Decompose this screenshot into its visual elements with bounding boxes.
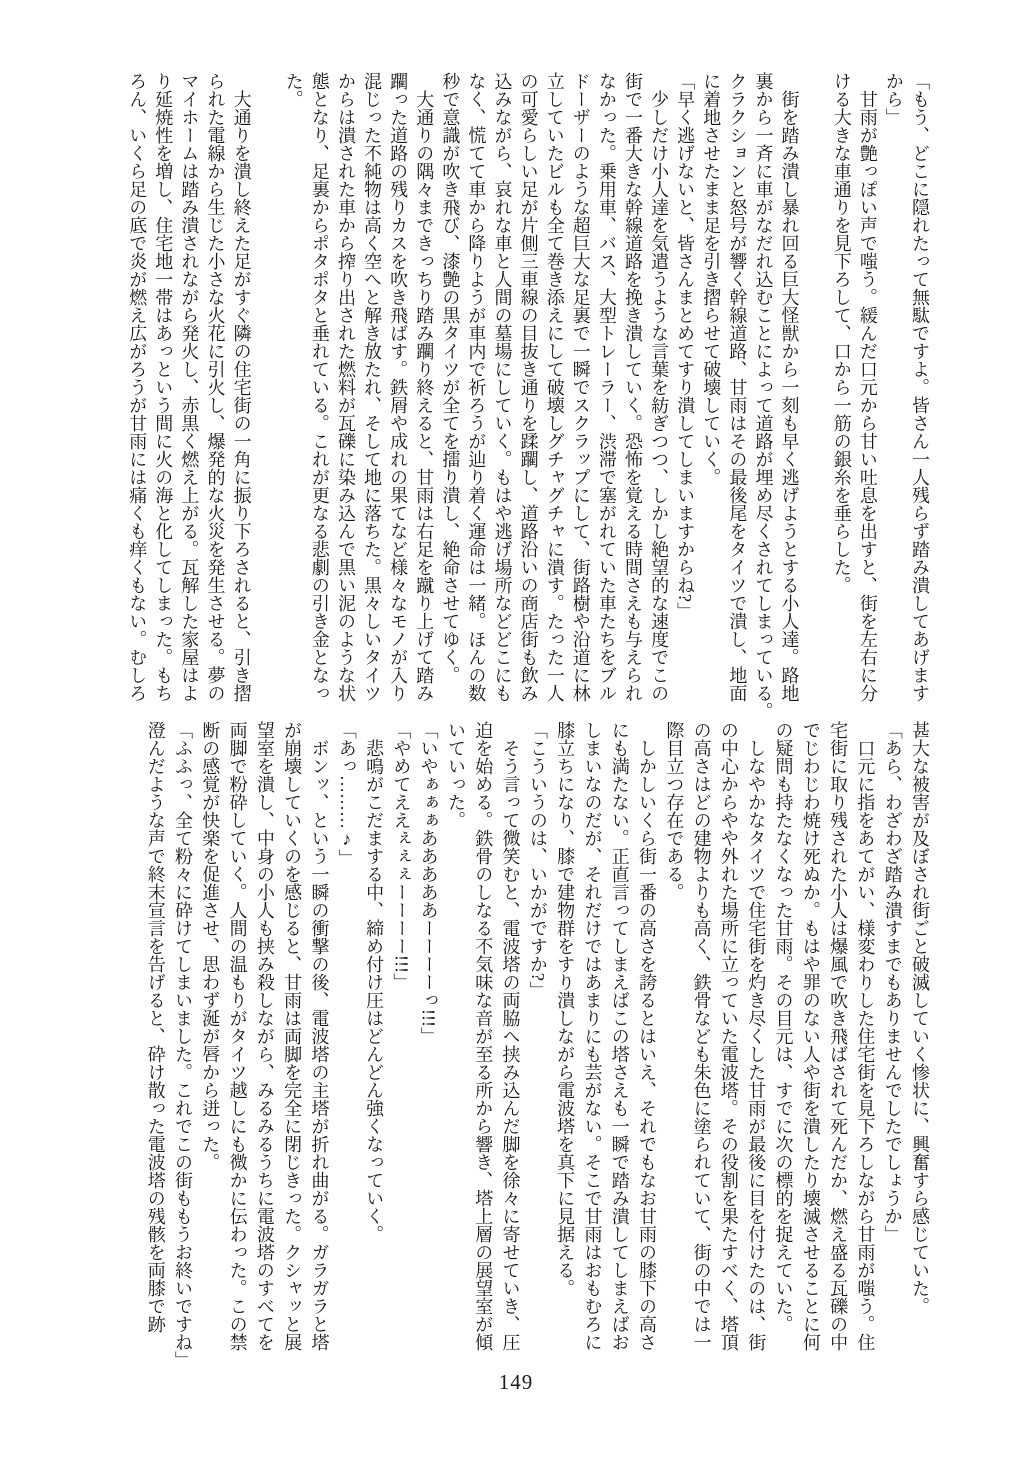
text-line: 「あっ………♪」: [332, 721, 359, 1361]
text-line: なかった。乗用車、バス、大型トレーラー、渋滞で塞がれていた車たちをブル: [594, 72, 620, 712]
text-line: 街を踏み潰し暴れ回る巨大怪獣から一刻も早く逃げようとする小人達。路地: [776, 72, 802, 712]
text-line: クラクションと怒号が響く幹線道路、甘雨はその最後尾をタイツで潰し、地面: [724, 72, 750, 712]
text-line: 際目立つ存在である。: [660, 721, 687, 1361]
text-line: が崩壊していくのを感じると、甘雨は両脚を完全に閉じきった。クシャッと展: [278, 721, 305, 1361]
text-line: 「あら、わざわざ踏み潰すまでもありませんでしたでしょうか」: [878, 721, 905, 1361]
text-line: られた電線から生じた小さな火花に引火し、爆発的な火災を発生させる。夢の: [202, 72, 228, 712]
text-line: 迫を始める。鉄骨のしなる不気味な音が至る所から響き、塔上層の展望室が傾: [469, 721, 496, 1361]
text-line: しかしいくら街一番の高さを誇るとはいえ、それでもなお甘雨の膝下の高さ: [633, 721, 660, 1361]
text-line: の中心からやや外れた場所に立っていた電波塔。その役割を果たすべく、塔頂: [715, 721, 742, 1361]
text-line: 澄んだような声で終末宣言を告げると、砕け散った電波塔の残骸を両膝で跡: [141, 721, 168, 1361]
text-line: ドーザーのような超巨大な足裏で一瞬でスクラップにして、街路樹や沿道に林: [568, 72, 594, 712]
text-line: 少しだけ小人達を気遣うような言葉を紡ぎつつ、しかし絶望的な速度でこの: [646, 72, 672, 712]
text-line: 「早く逃げないと、皆さんまとめてすり潰してしまいますからね?」: [672, 72, 698, 712]
text-line: なく、慌てて車から降りようが車内で祈ろうが辿り着く運命は一緒。ほんの数: [463, 72, 489, 712]
text-line: しまいなのだが、それだけではあまりにも芸がない。そこで甘雨はおもむろに: [578, 721, 605, 1361]
novel-page: 「もう、どこに隠れたって無駄ですよ。皆さん一人残らず踏み潰してあげますから」 甘…: [0, 0, 1032, 1458]
text-block-top: 「もう、どこに隠れたって無駄ですよ。皆さん一人残らず踏み潰してあげますから」 甘…: [124, 72, 933, 712]
text-line: から」: [881, 72, 907, 712]
text-line: [255, 72, 281, 712]
text-line: 膝立ちになり、膝で建物群をすり潰しながら電波塔を真下に見据える。: [551, 721, 578, 1361]
text-line: の可愛らしい足が片側三車線の目抜き通りを蹂躙し、道路沿いの商店街も飲み: [516, 72, 542, 712]
text-line: ろん、いくら足の底で炎が燃え広がろうが甘雨には痛くも痒くもない。むしろ: [124, 72, 150, 712]
text-line: 悲鳴がこだまする中、締め付け圧はどんどん強くなっていく。: [360, 721, 387, 1361]
text-line: からは潰された車から搾り出された燃料が瓦礫に染み込んで黒い泥のような状: [333, 72, 359, 712]
text-line: 甘雨が艶っぽい声で嗤う。緩んだ口元から甘い吐息を出すと、街を左右に分: [855, 72, 881, 712]
text-line: そう言って微笑むと、電波塔の両脇へ挟み込んだ脚を徐々に寄せていき、圧: [496, 721, 523, 1361]
text-line: 大通りの隅々まできっちり踏み躙り終えると、甘雨は右足を蹴り上げて踏み: [411, 72, 437, 712]
text-line: にも満たない。正直言ってしまえばこの塔さえも一瞬で踏み潰してしまえばお: [605, 721, 632, 1361]
text-line: 態となり、足裏からポタポタと垂れている。これが更なる悲劇の引き金となっ: [307, 72, 333, 712]
text-line: 「もう、どこに隠れたって無駄ですよ。皆さん一人残らず踏み潰してあげます: [907, 72, 933, 712]
text-line: 断の感覚が快楽を促進させ、思わず涎が唇から迸った。: [196, 721, 223, 1361]
text-line: ける大きな車通りを見下ろして、口から一筋の銀糸を垂らした。: [829, 72, 855, 712]
text-line: 大通りを潰し終えた足がすぐ隣の住宅街の一角に振り下ろされると、引き摺: [228, 72, 254, 712]
text-line: 「こういうのは、いかがですか?」: [524, 721, 551, 1361]
text-line: た。: [281, 72, 307, 712]
text-line: でじわじわ焼け死ぬか。もはや罪のない人や街を潰したり壊滅させることに何: [797, 721, 824, 1361]
text-line: 「やめてええぇぇぇーーーー!!!」: [387, 721, 414, 1361]
text-line: り延焼性を増し、住宅地一帯はあっという間に火の海と化してしまった。もち: [150, 72, 176, 712]
text-line: 躙った道路の残りカスを吹き飛ばす。鉄屑や成れの果てなど様々なモノが入り: [385, 72, 411, 712]
text-line: 望室を潰し、中身の小人も挟み殺しながら、みるみるうちに電波塔のすべてを: [251, 721, 278, 1361]
text-line: 「ふふっ、全て粉々に砕けてしまいました。これでこの街ももうお終いですね」: [169, 721, 196, 1361]
text-line: の疑問も持たなくなった甘雨。その目元は、すでに次の標的を捉えていた。: [769, 721, 796, 1361]
text-line: の高さはどの建物よりも高く、鉄骨なども朱色に塗られていて、街の中では一: [687, 721, 714, 1361]
text-line: 街で一番大きな幹線道路を挽き潰していく。恐怖を覚える時間さえも与えられ: [620, 72, 646, 712]
text-line: 宅街に取り残された小人は爆風で吹き飛ばされて死んだか、燃え盛る瓦礫の中: [824, 721, 851, 1361]
text-line: 甚大な被害が及ぼされ街ごと破滅していく惨状に、興奮すら感じていた。: [906, 721, 933, 1361]
text-line: マイホームは踏み潰されながら発火し、赤黒く燃え上がる。瓦解した家屋はよ: [176, 72, 202, 712]
text-line: しなやかなタイツで住宅街を灼き尽くした甘雨が最後に目を付けたのは、街: [742, 721, 769, 1361]
text-line: に着地させたまま足を引き摺らせて破壊していく。: [698, 72, 724, 712]
text-line: 混じった不純物は高く空へと解き放たれ、そして地に落ちた。黒々しいタイツ: [359, 72, 385, 712]
text-line: 秒で意識が吹き飛び、漆艶の黒タイツが全てを擂り潰し、絶命させてゆく。: [437, 72, 463, 712]
text-line: ボンッ、という一瞬の衝撃の後、電波塔の主塔が折れ曲がる。ガラガラと塔: [305, 721, 332, 1361]
text-line: 裏から一斉に車がなだれ込むことによって道路が埋め尽くされてしまっている。: [750, 72, 776, 712]
text-line: 口元に指をあてがい、様変わりした住宅街を見下ろしながら甘雨が嗤う。住: [851, 721, 878, 1361]
text-line: 「いやぁぁぁあああああーーーーっ!!!」: [414, 721, 441, 1361]
text-line: [803, 72, 829, 712]
text-line: 両脚で粉砕していく。人間の温もりがタイツ越しにも微かに伝わった。この禁: [223, 721, 250, 1361]
text-line: 込みながら、哀れな車と人間の墓場にしていく。もはや逃げ場所などどこにも: [489, 72, 515, 712]
page-number: 149: [0, 1370, 1032, 1395]
text-line: いていった。: [442, 721, 469, 1361]
text-line: 立していたビルも全て巻き添えにして破壊しグチャグチャに潰す。たった一人: [542, 72, 568, 712]
text-block-bottom: 甚大な被害が及ぼされ街ごと破滅していく惨状に、興奮すら感じていた。「あら、わざわ…: [141, 721, 933, 1361]
